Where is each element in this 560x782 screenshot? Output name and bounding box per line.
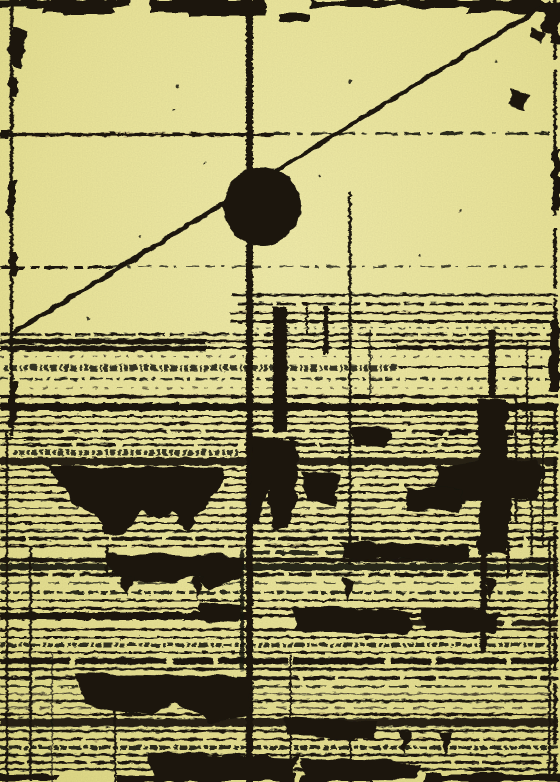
- ink-speck: [177, 85, 180, 88]
- border-ink-mark: [9, 78, 17, 98]
- band-mass-620-right: [420, 608, 500, 633]
- artwork-photo: [0, 0, 560, 782]
- abstract-print-canvas: [0, 0, 560, 782]
- drip-lobe-right: [405, 486, 463, 513]
- border-ink-mark: [278, 14, 308, 22]
- border-ink-mark: [186, 8, 266, 16]
- ink-speck: [87, 317, 90, 320]
- ink-speck: [204, 161, 206, 163]
- ink-speck: [139, 235, 141, 237]
- border-ink-mark: [8, 180, 15, 218]
- focal-black-circle: [223, 167, 301, 245]
- band-mass-615: [293, 607, 413, 635]
- ink-speck: [348, 80, 351, 83]
- border-ink-mark: [552, 150, 560, 210]
- border-ink-mark: [300, 777, 370, 782]
- ink-speck: [419, 254, 421, 256]
- chunk-425: [352, 427, 390, 449]
- border-ink-mark: [425, 774, 560, 782]
- ink-speck: [319, 175, 322, 178]
- border-ink-mark: [44, 4, 114, 13]
- drip-mass-center: [247, 437, 298, 531]
- band-chunk-610: [198, 603, 242, 622]
- ink-speck: [459, 209, 461, 211]
- border-ink-mark: [10, 382, 17, 428]
- ink-speck: [495, 61, 498, 64]
- border-ink-mark: [551, 0, 560, 45]
- border-ink-mark: [0, 773, 58, 782]
- border-ink-mark: [0, 128, 10, 140]
- ink-speck: [172, 109, 174, 111]
- border-ink-mark: [550, 320, 560, 390]
- border-ink-mark: [116, 775, 294, 782]
- border-ink-mark: [9, 250, 17, 274]
